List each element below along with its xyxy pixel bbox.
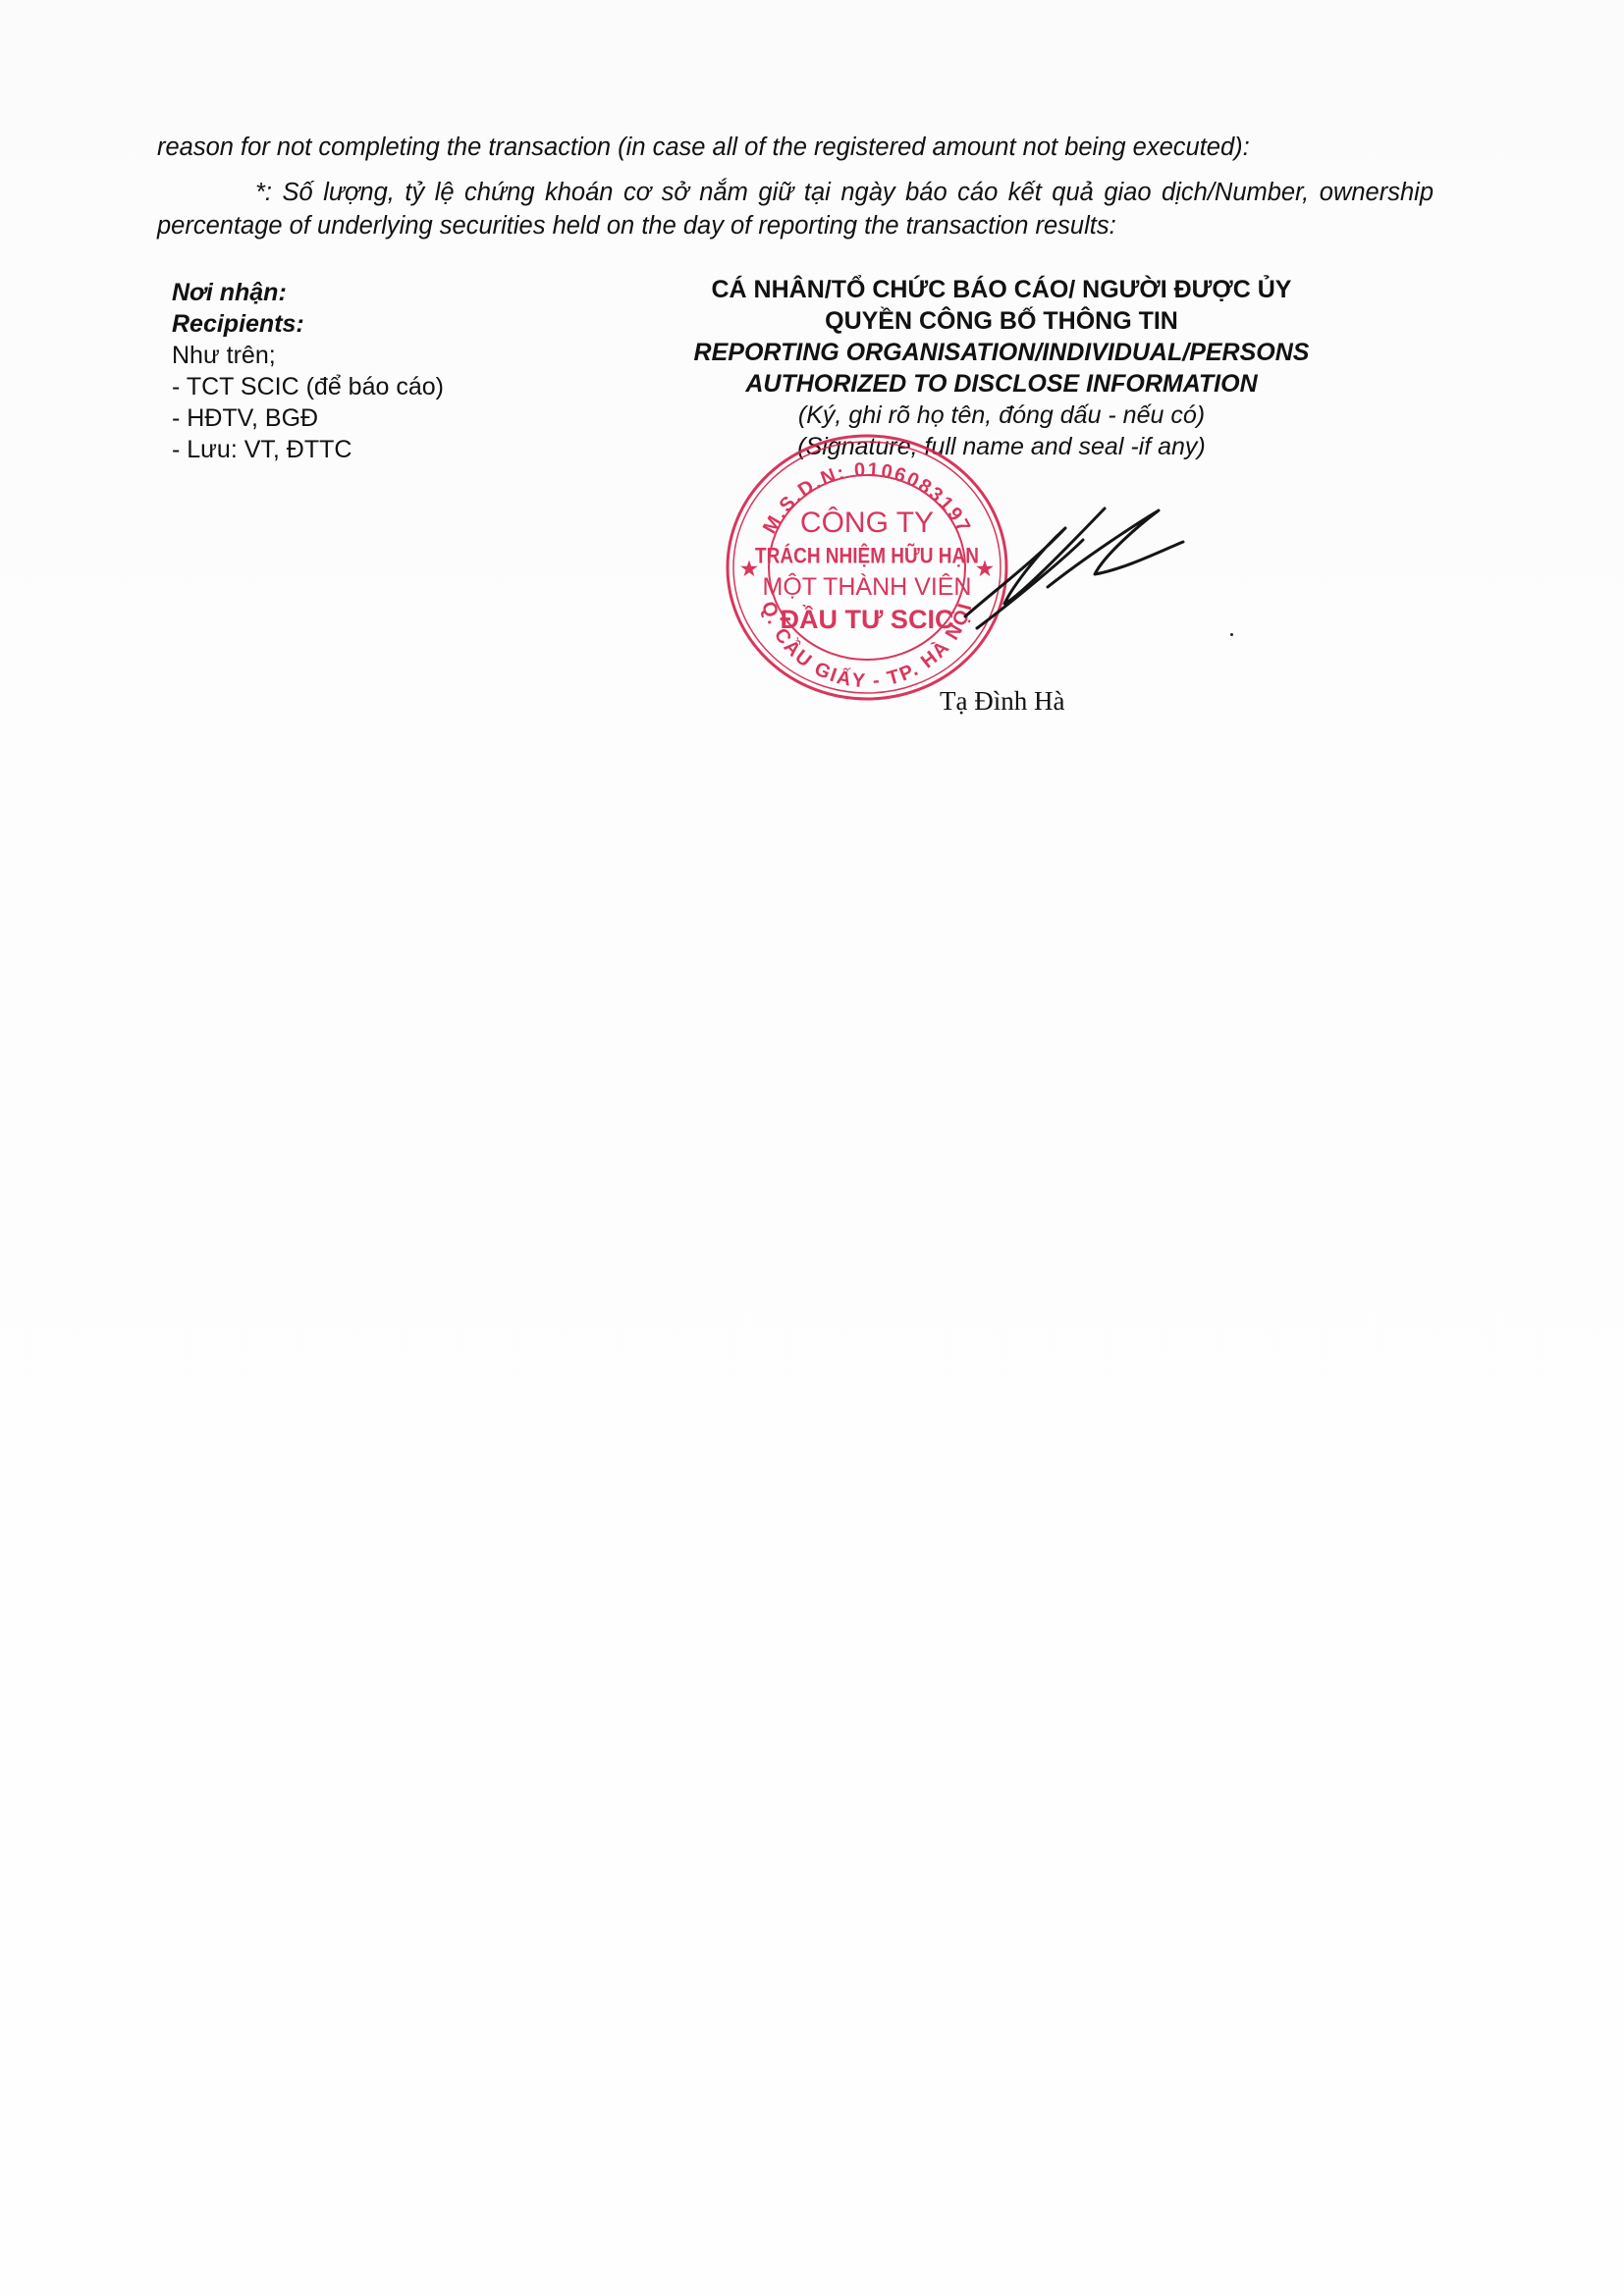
recipients-header-en: Recipients: <box>172 308 444 340</box>
svg-text:TRÁCH NHIỆM HỮU HẠN: TRÁCH NHIỆM HỮU HẠN <box>755 543 979 568</box>
recipient-item: - Lưu: VT, ĐTTC <box>172 434 444 465</box>
signer-title-en-1: REPORTING ORGANISATION/INDIVIDUAL/PERSON… <box>609 337 1394 368</box>
signer-title-en-2: AUTHORIZED TO DISCLOSE INFORMATION <box>609 368 1394 400</box>
reason-line: reason for not completing the transactio… <box>157 131 1434 164</box>
document-page: reason for not completing the transactio… <box>0 0 1624 2296</box>
signer-instruction-vi: (Ký, ghi rõ họ tên, đóng dấu - nếu có) <box>609 400 1394 431</box>
recipients-block: Nơi nhận: Recipients: Như trên; - TCT SC… <box>172 277 444 465</box>
holdings-note: *: Số lượng, tỷ lệ chứng khoán cơ sở nắm… <box>157 176 1434 242</box>
recipient-item: - TCT SCIC (để báo cáo) <box>172 371 444 402</box>
svg-text:CÔNG TY: CÔNG TY <box>800 506 934 539</box>
recipient-item: - HĐTV, BGĐ <box>172 402 444 434</box>
scan-speck <box>1230 633 1233 636</box>
signer-title-vi-2: QUYỀN CÔNG BỐ THÔNG TIN <box>609 305 1394 337</box>
signer-title-vi-1: CÁ NHÂN/TỔ CHỨC BÁO CÁO/ NGƯỜI ĐƯỢC ỦY <box>609 274 1394 305</box>
intro-paragraph: reason for not completing the transactio… <box>157 131 1434 242</box>
signer-name: Tạ Đình Hà <box>940 686 1064 717</box>
recipient-item: Như trên; <box>172 340 444 371</box>
svg-text:MỘT THÀNH VIÊN: MỘT THÀNH VIÊN <box>763 572 972 601</box>
handwritten-signature-icon <box>957 481 1213 638</box>
recipients-header-vi: Nơi nhận: <box>172 277 444 308</box>
svg-text:ĐẦU TƯ SCIC: ĐẦU TƯ SCIC <box>781 604 954 634</box>
